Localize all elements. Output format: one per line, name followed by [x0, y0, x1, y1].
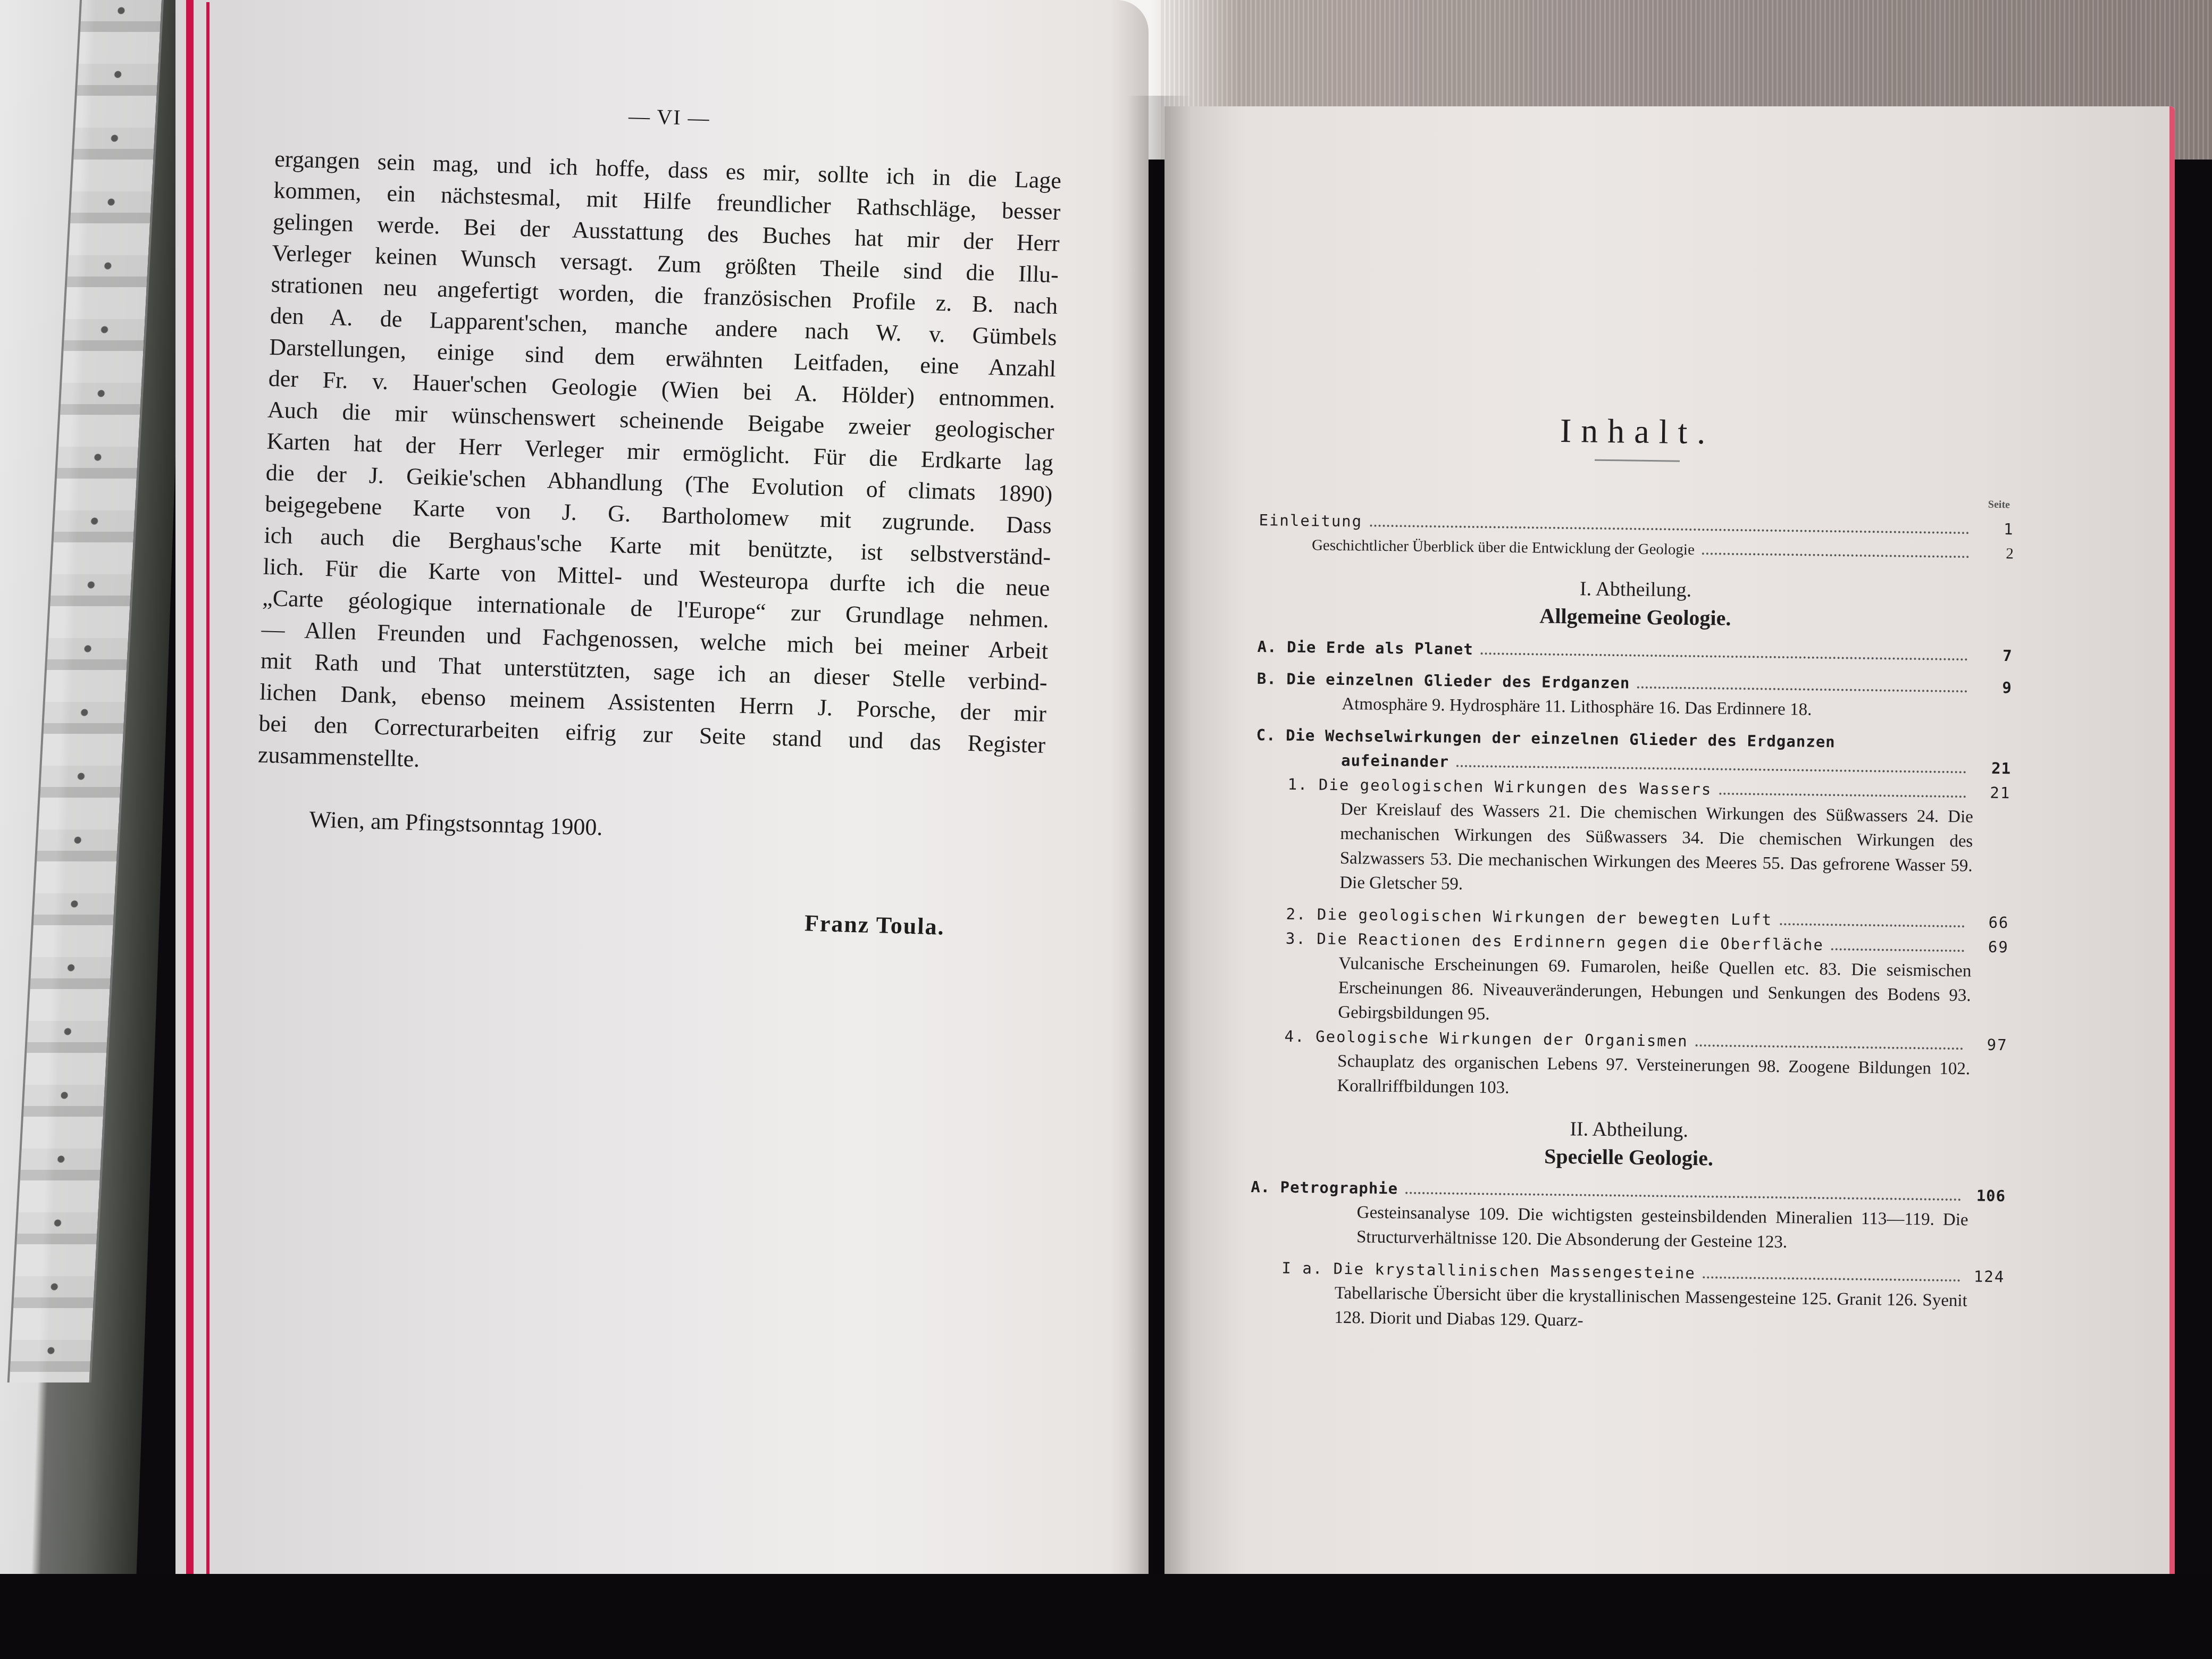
leader-dots: [1481, 652, 1968, 660]
leader-dots: [1370, 525, 1969, 534]
book-cover-bottom: [0, 1574, 2212, 1659]
leader-dots: [1703, 1276, 1960, 1281]
toc-entry-ia-desc: Tabellarische Übersicht über die krystal…: [1249, 1280, 2005, 1338]
leader-dots: [1719, 793, 1966, 798]
preface-paragraph: ergangen sein mag, und ich hoffe, dass e…: [257, 143, 1061, 792]
leader-dots: [1780, 923, 1964, 927]
title-rule: [1595, 459, 1680, 462]
leader-dots: [1456, 765, 1966, 774]
preface-text-block: — VI — ergangen sein mag, und ich hoffe,…: [253, 90, 1063, 945]
toc-entry-c4-desc: Schauplatz des organischen Lebens 97. Ve…: [1252, 1048, 2007, 1106]
dateline: Wien, am Pfingstsonntag 1900.: [256, 802, 1043, 855]
part1-title: Allgemeine Geologie.: [1258, 600, 2013, 634]
part2-title: Specielle Geologie.: [1251, 1141, 2006, 1174]
toc-entry-petrographie-desc: Gesteinsanalyse 109. Die wichtigsten ges…: [1250, 1199, 2006, 1257]
leader-dots: [1831, 948, 1964, 952]
leader-dots: [1637, 686, 1967, 693]
table-of-contents: Inhalt. Seite Einleitung 1 Geschichtlich…: [1249, 415, 2015, 1338]
leader-dots: [1695, 1044, 1963, 1050]
toc-entry-c1-desc: Der Kreislauf des Wassers 21. Die chemis…: [1254, 796, 2010, 903]
toc-entry-c3-desc: Vulcanische Erscheinungen 69. Fumarolen,…: [1253, 950, 2009, 1033]
leader-dots: [1702, 552, 1969, 558]
book-spine-gutter: [1127, 96, 1191, 1638]
leader-dots: [1405, 1192, 1961, 1201]
